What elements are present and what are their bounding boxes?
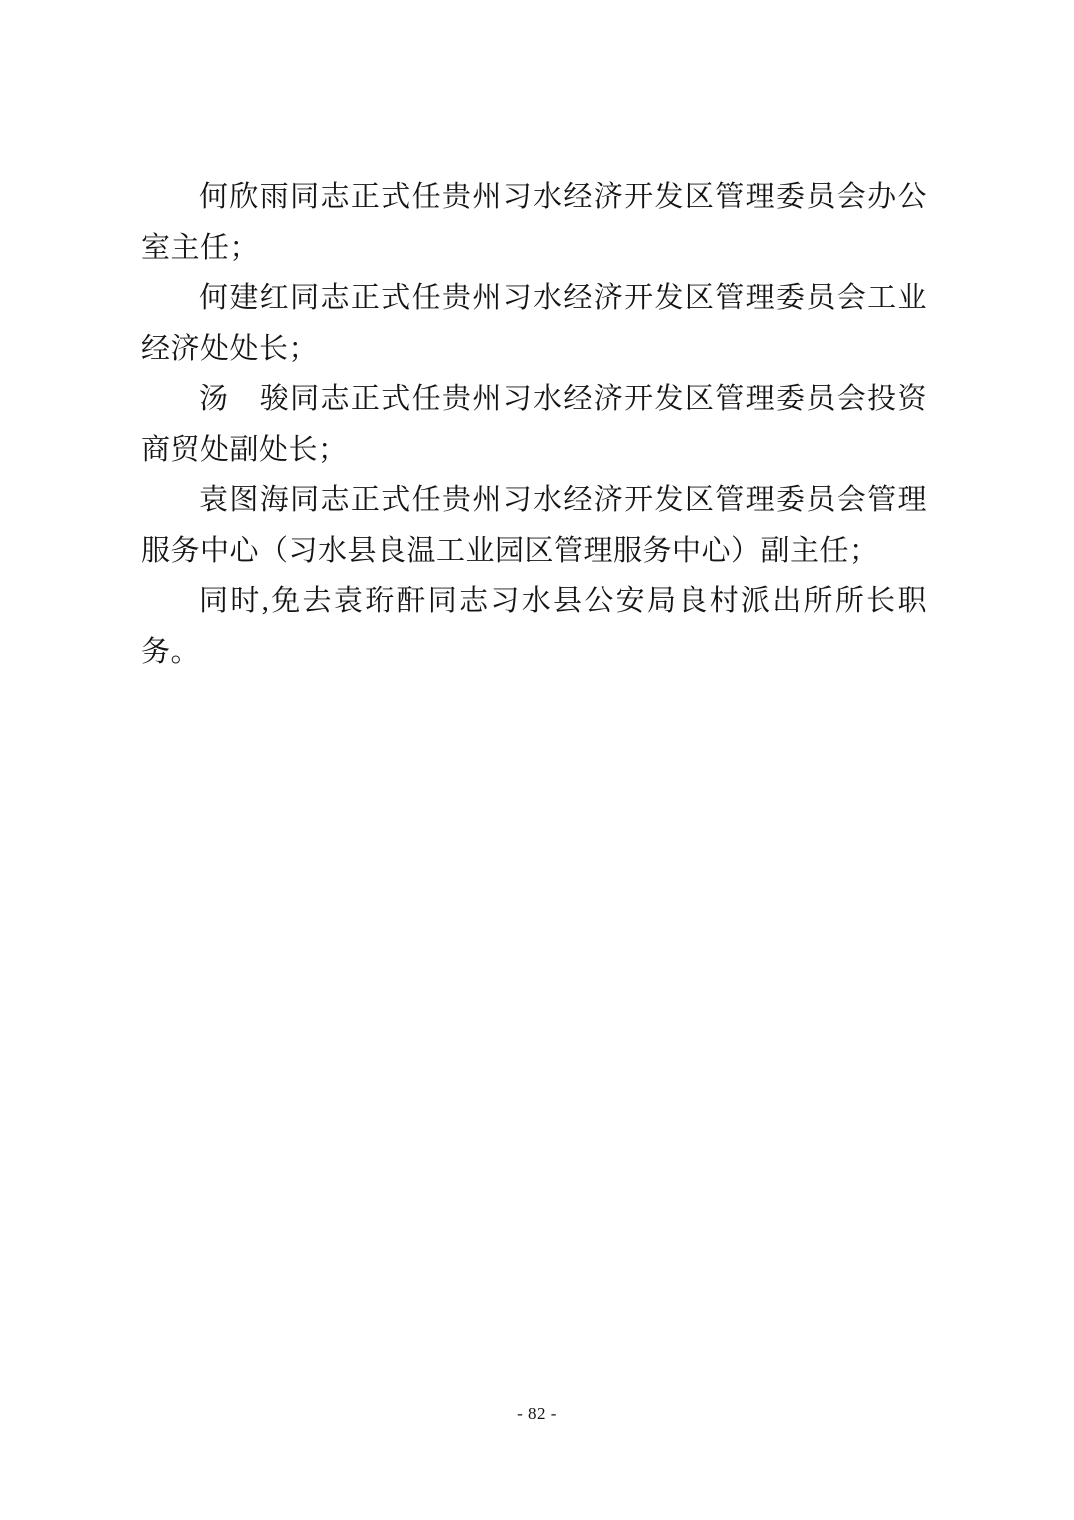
document-body: 何欣雨同志正式任贵州习水经济开发区管理委员会办公室主任； 何建红同志正式任贵州习… <box>141 172 927 677</box>
page-number: - 82 - <box>0 1404 1074 1424</box>
paragraph-appointment-1: 何欣雨同志正式任贵州习水经济开发区管理委员会办公室主任； <box>141 172 927 273</box>
paragraph-appointment-4: 袁图海同志正式任贵州习水经济开发区管理委员会管理服务中心（习水县良温工业园区管理… <box>141 475 927 576</box>
paragraph-appointment-3: 汤 骏同志正式任贵州习水经济开发区管理委员会投资商贸处副处长； <box>141 374 927 475</box>
paragraph-appointment-2: 何建红同志正式任贵州习水经济开发区管理委员会工业经济处处长； <box>141 273 927 374</box>
document-page: 何欣雨同志正式任贵州习水经济开发区管理委员会办公室主任； 何建红同志正式任贵州习… <box>0 0 1074 1520</box>
paragraph-dismissal: 同时,免去袁珩酐同志习水县公安局良村派出所所长职务。 <box>141 576 927 677</box>
